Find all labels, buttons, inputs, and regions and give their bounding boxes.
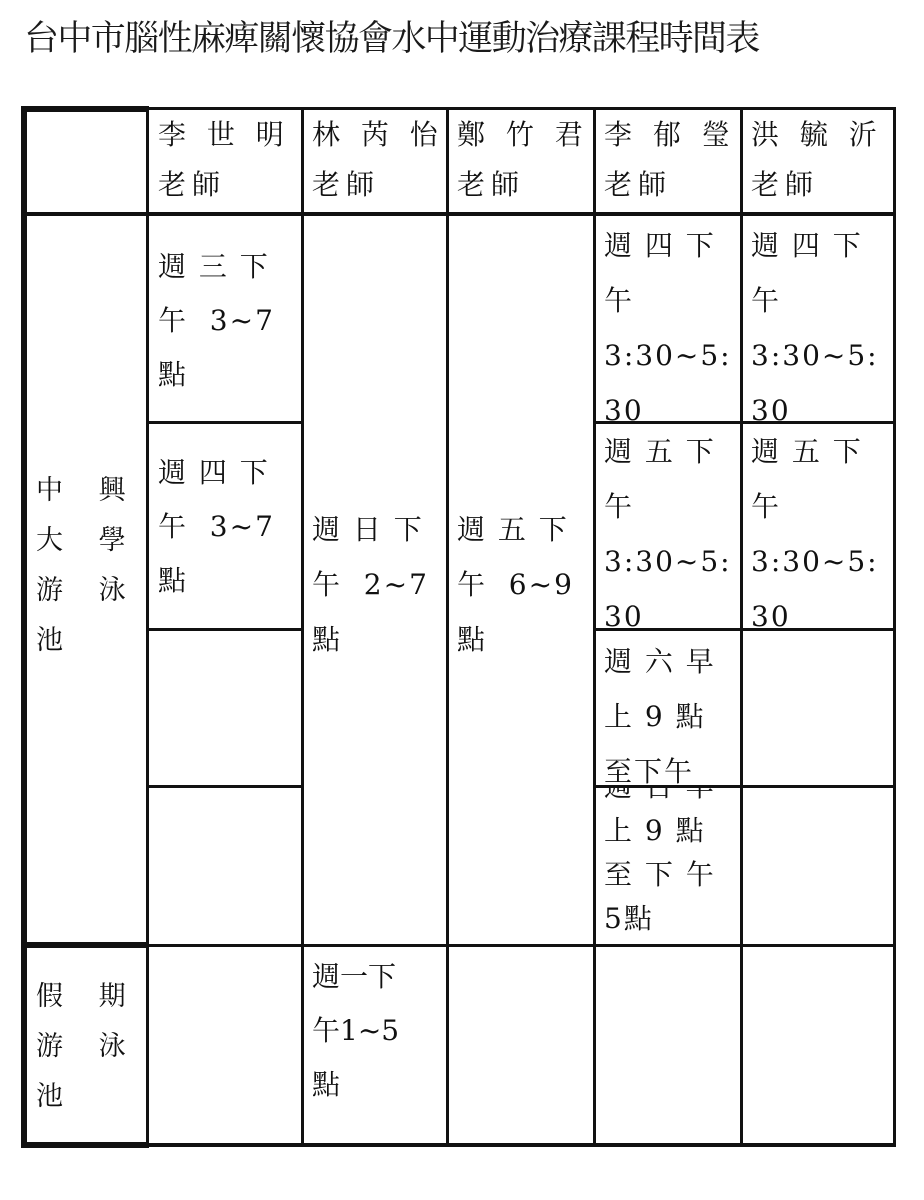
teacher-suffix: 老師 [751, 160, 893, 210]
schedule-cell-overflow: 週 六 早 上 9 點 至下午 [596, 631, 740, 785]
row-label-chung-hsing-pool: 中 興 大 學 游 泳 池 [27, 466, 146, 706]
header-corner-cell [27, 112, 146, 212]
schedule-cell-empty [149, 631, 301, 785]
schedule-cell: 週 五 下 午 3:30~5: 30 [743, 424, 893, 628]
schedule-cell: 週 四 下 午 3~7 點 [149, 446, 301, 628]
schedule-cell-overflow: 週 日 早 上 9 點 至 下 午 5點 [596, 788, 740, 944]
teacher-suffix: 老師 [312, 160, 446, 210]
schedule-cell: 週一下 午1~5 點 [304, 950, 446, 1143]
header-teacher-2: 林 芮 怡 老師 [304, 110, 446, 212]
header-teacher-5: 洪 毓 沂 老師 [743, 110, 893, 212]
row-divider [147, 421, 304, 424]
row-label-holiday-pool: 假 期 游 泳 池 [27, 972, 146, 1142]
schedule-cell-empty [149, 788, 301, 944]
schedule-cell: 週 三 下 午 3~7 點 [149, 240, 301, 421]
schedule-cell: 週 日 下 午 2~7 點 [304, 502, 446, 672]
header-teacher-4: 李 郁 瑩 老師 [596, 110, 740, 212]
teacher-name: 鄭 竹 君 [457, 110, 593, 160]
teacher-suffix: 老師 [457, 160, 593, 210]
section-divider-thick [21, 942, 149, 948]
teacher-name: 李 世 明 [158, 110, 301, 160]
table-right-border [893, 107, 896, 1147]
schedule-cell-empty [149, 947, 301, 1143]
header-teacher-1: 李 世 明 老師 [149, 110, 301, 212]
table-bottom-border [21, 1143, 896, 1147]
schedule-cell: 週 四 下 午 3:30~5: 30 [596, 218, 740, 421]
teacher-suffix: 老師 [158, 160, 301, 210]
schedule-cell: 週 五 下 午 3:30~5: 30 [596, 424, 740, 628]
schedule-cell-empty [743, 947, 893, 1143]
teacher-suffix: 老師 [604, 160, 740, 210]
schedule-cell: 週 四 下 午 3:30~5: 30 [743, 218, 893, 421]
schedule-cell: 週 五 下 午 6~9 點 [449, 502, 593, 672]
teacher-name: 李 郁 瑩 [604, 110, 740, 160]
teacher-name: 林 芮 怡 [312, 110, 446, 160]
corner-bottom-border-thick [21, 1142, 149, 1148]
schedule-cell-empty [743, 631, 893, 785]
teacher-name: 洪 毓 沂 [751, 110, 893, 160]
schedule-cell-empty [449, 947, 593, 1143]
schedule-cell-empty [596, 947, 740, 1143]
header-bottom-border [21, 212, 896, 216]
schedule-table: 李 世 明 老師 林 芮 怡 老師 鄭 竹 君 老師 李 郁 瑩 老師 洪 毓 … [0, 0, 924, 1200]
header-teacher-3: 鄭 竹 君 老師 [449, 110, 593, 212]
schedule-cell-empty [743, 788, 893, 944]
